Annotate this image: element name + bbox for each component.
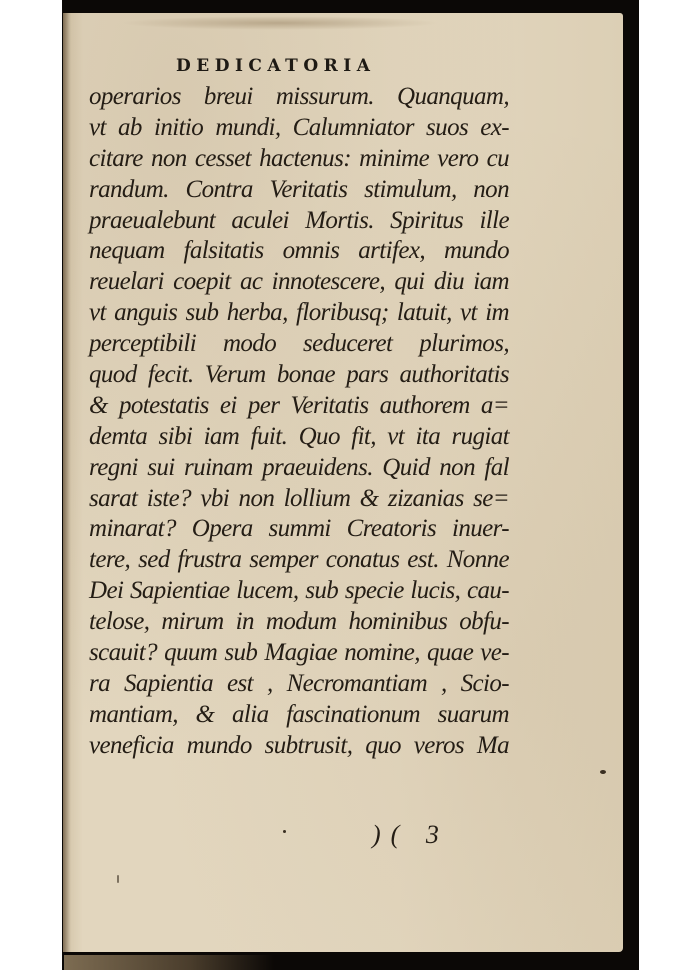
paper-stain (120, 16, 440, 30)
text-line: veneficia mundo subtrusit, quo veros Ma (89, 731, 509, 762)
text-line: operarios breui missurum. Quanquam, (89, 82, 509, 113)
ink-speck (283, 830, 286, 833)
text-line: demta sibi iam fuit. Quo fit, vt ita rug… (89, 422, 509, 453)
text-line: praeualebunt aculei Mortis. Spiritus ill… (89, 206, 509, 237)
text-line: tere, sed frustra semper conatus est. No… (89, 545, 509, 576)
text-line: mantiam, & alia fascinationum suarum (89, 700, 509, 731)
ink-speck (600, 770, 606, 774)
text-line: reuelari coepit ac innotescere, qui diu … (89, 267, 509, 298)
text-line: minarat? Opera summi Creatoris inuer- (89, 514, 509, 545)
text-line: Dei Sapientiae lucem, sub specie lucis, … (89, 576, 509, 607)
text-line: vt anguis sub herba, floribusq; latuit, … (89, 298, 509, 329)
text-line: scauit? quum sub Magiae nomine, quae ve- (89, 638, 509, 669)
text-line: telose, mirum in modum hominibus obfu- (89, 607, 509, 638)
ink-speck (117, 875, 119, 883)
signature-mark: )( 3 (372, 820, 449, 850)
body-text: operarios breui missurum. Quanquam, vt a… (89, 82, 509, 762)
running-head: DEDICATORIA (176, 56, 375, 76)
text-line: & potestatis ei per Veritatis authorem a… (89, 391, 509, 422)
text-line: vt ab initio mundi, Calumniator suos ex- (89, 113, 509, 144)
text-line: quod fecit. Verum bonae pars authoritati… (89, 360, 509, 391)
text-line: perceptibili modo seduceret plurimos, (89, 329, 509, 360)
text-line: sarat iste? vbi non lollium & zizanias s… (89, 484, 509, 515)
text-line: randum. Contra Veritatis stimulum, non (89, 175, 509, 206)
text-line: citare non cesset hactenus: minime vero … (89, 144, 509, 175)
text-line: ra Sapientia est , Necromantiam , Scio- (89, 669, 509, 700)
text-line: nequam falsitatis omnis artifex, mundo (89, 236, 509, 267)
page-edge-shadow (64, 955, 274, 970)
text-line: regni sui ruinam praeuidens. Quid non fa… (89, 453, 509, 484)
